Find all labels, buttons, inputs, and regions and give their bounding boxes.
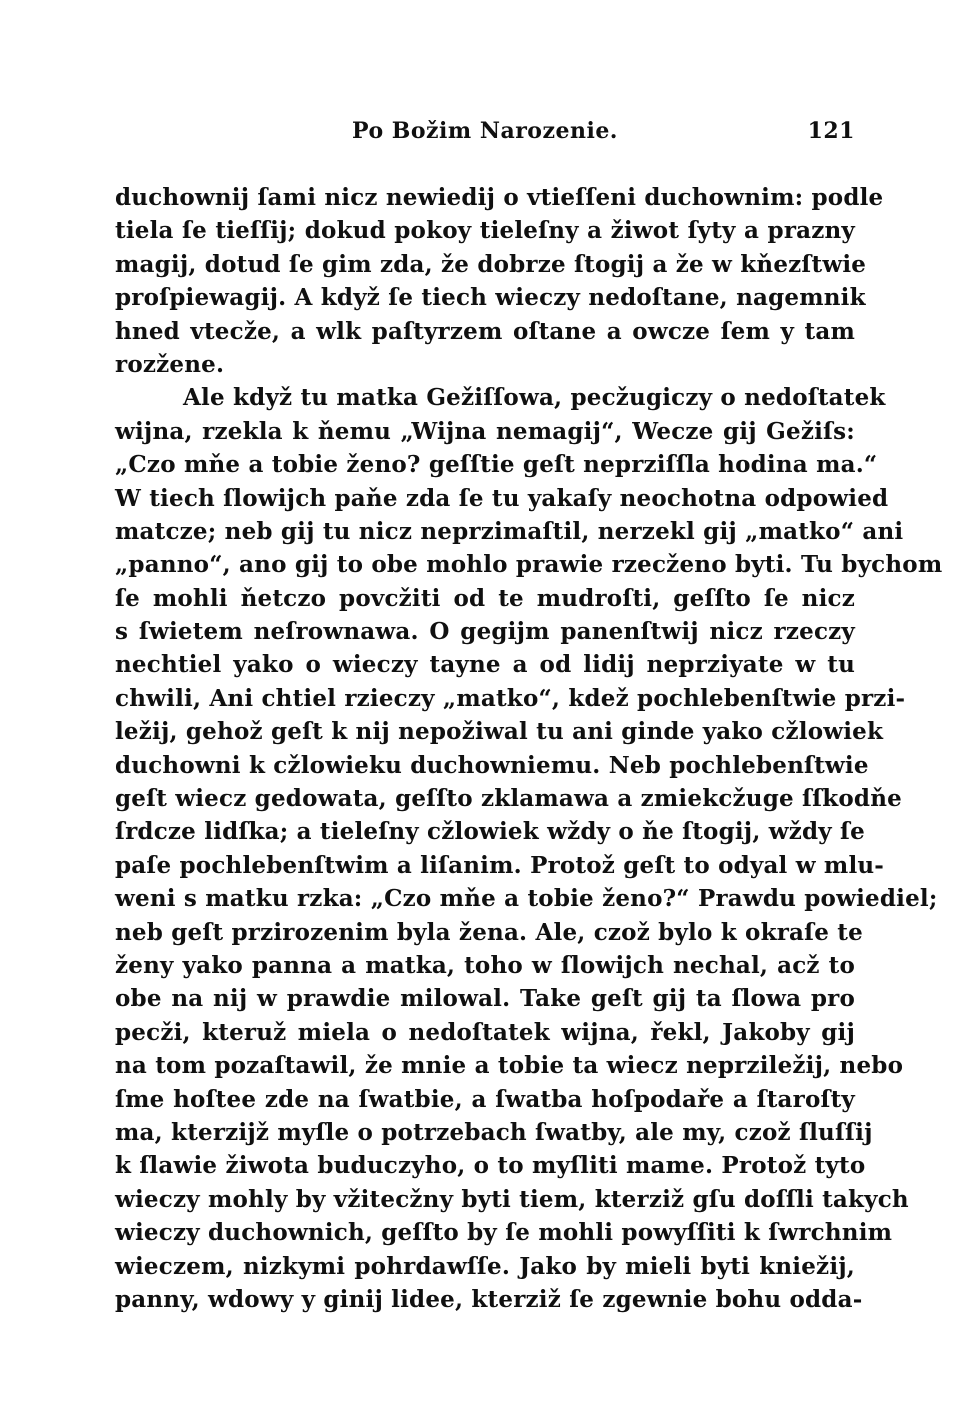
text-line: k ſlawie žiwota buduczyho, o to myſliti …	[115, 1149, 855, 1182]
text-body: duchownij ſami nicz newiedij o vtieſſeni…	[115, 181, 855, 1316]
text-line: s ſwietem neſrownawa. O gegijm panenſtwi…	[115, 615, 855, 648]
text-line: tiela ſe tieſſij; dokud pokoy tieleſny a…	[115, 214, 855, 247]
text-line: Ale když tu matka Gežiſſowa, pecžugiczy …	[115, 381, 855, 414]
running-title: Po Božim Narozenie.	[115, 118, 855, 144]
text-line: paſe pochlebenſtwim a liſanim. Protož ge…	[115, 849, 855, 882]
text-line: nechtiel yako o wieczy tayne a od lidij …	[115, 648, 855, 681]
text-line: rozžene.	[115, 348, 855, 381]
text-line: geſt wiecz gedowata, geſſto zklamawa a z…	[115, 782, 855, 815]
text-line: obe na nij w prawdie milowal. Take geſt …	[115, 982, 855, 1015]
text-line: ſrdcze lidſka; a tieleſny cžlowiek wždy …	[115, 815, 855, 848]
text-line: duchowni k cžlowieku duchowniemu. Neb po…	[115, 749, 855, 782]
text-line: duchownij ſami nicz newiedij o vtieſſeni…	[115, 181, 855, 214]
page-number: 121	[808, 118, 855, 144]
text-line: „Czo mňe a tobie ženo? geſſtie geſt nepr…	[115, 448, 855, 481]
text-line: wieczy duchownich, geſſto by ſe mohli po…	[115, 1216, 855, 1249]
text-line: ma, kterzijž myſle o potrzebach ſwatby, …	[115, 1116, 855, 1149]
book-page: Po Božim Narozenie. 121 duchownij ſami n…	[0, 0, 960, 1421]
text-line: hned vtecže, a wlk paſtyrzem oſtane a ow…	[115, 315, 855, 348]
text-line: magij, dotud ſe gim zda, že dobrze ſtogi…	[115, 248, 855, 281]
page-header: Po Božim Narozenie. 121	[115, 118, 855, 148]
text-line: W tiech ſlowijch paňe zda ſe tu yakaſy n…	[115, 482, 855, 515]
text-line: ženy yako panna a matka, toho w ſlowijch…	[115, 949, 855, 982]
text-line: weni s matku rzka: „Czo mňe a tobie ženo…	[115, 882, 855, 915]
text-line: pecži, kteruž miela o nedoſtatek wijna, …	[115, 1016, 855, 1049]
text-line: ſme hoſtee zde na ſwatbie, a ſwatba hoſp…	[115, 1083, 855, 1116]
text-line: ležij, gehož geſt k nij nepožiwal tu ani…	[115, 715, 855, 748]
text-line: „panno“, ano gij to obe mohlo prawie rze…	[115, 548, 855, 581]
text-line: matcze; neb gij tu nicz neprzimaſtil, ne…	[115, 515, 855, 548]
text-line: wieczy mohly by vžitecžny byti tiem, kte…	[115, 1183, 855, 1216]
text-line: chwili, Ani chtiel rzieczy „matko“, kdež…	[115, 682, 855, 715]
text-line: na tom pozaſtawil, že mnie a tobie ta wi…	[115, 1049, 855, 1082]
text-line: proſpiewagij. A když ſe tiech wieczy ned…	[115, 281, 855, 314]
text-line: wijna, rzekla k ňemu „Wijna nemagij“, We…	[115, 415, 855, 448]
text-line: neb geſt przirozenim byla žena. Ale, czo…	[115, 916, 855, 949]
text-line: ſe mohli ňetczo povcžiti od te mudroſti,…	[115, 582, 855, 615]
text-line: panny, wdowy y ginij lidee, kterziž ſe z…	[115, 1283, 855, 1316]
text-line: wieczem, nizkymi pohrdawſſe. Jako by mie…	[115, 1250, 855, 1283]
